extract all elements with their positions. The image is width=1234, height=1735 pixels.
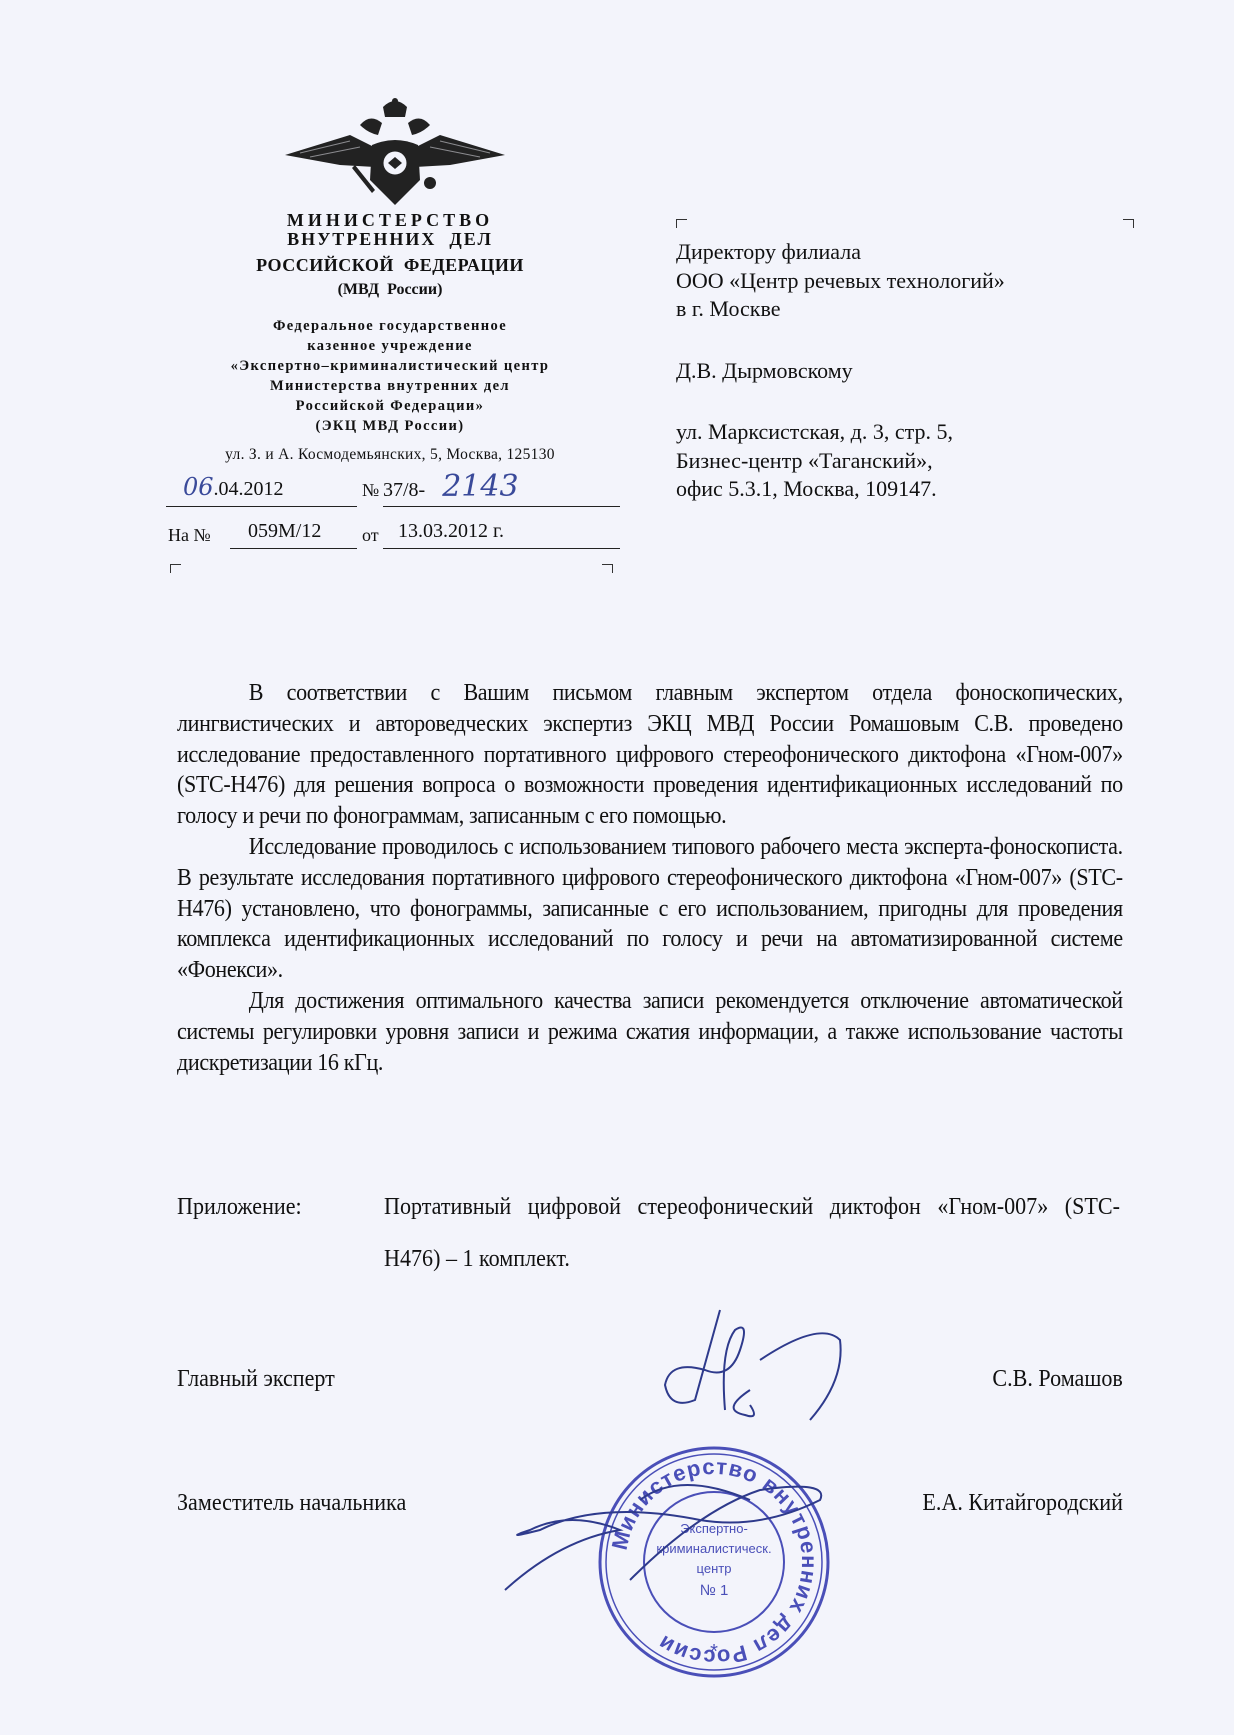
printed-number: 37/8- [383,479,425,501]
body-paragraph: В соответствии с Вашим письмом главным э… [177,678,1123,832]
date-underline [166,506,357,507]
organization-name: Федеральное государственное казенное учр… [150,316,630,436]
reply-number: 059М/12 [248,520,321,542]
org-line: Федеральное государственное [150,316,630,336]
number-underline [383,506,620,507]
reply-date-underline [383,548,620,549]
handwritten-day: 06 [183,473,214,501]
org-line: «Экспертно–криминалистический центр [150,356,630,376]
org-line: Министерства внутренних дел [150,376,630,396]
org-line: Российской Федерации» [150,396,630,416]
recipient-bracket-left [676,219,687,228]
signatory-name: С.В. Ромашов [993,1366,1123,1393]
recipient-address-line: Бизнес-центр «Таганский», [676,447,1005,476]
signatory-title: Главный эксперт [177,1366,335,1393]
recipient-address-line: ул. Марксистская, д. 3, стр. 5, [676,418,1005,447]
recipient-line: ООО «Центр речевых технологий» [676,267,1005,296]
ministry-abbreviation: (МВД России) [150,281,630,299]
outgoing-date: 06.04.2012 [183,476,284,500]
signature-row-chief-expert: Главный эксперт С.В. Ромашов [177,1366,1123,1396]
appendix-label: Приложение: [177,1194,302,1221]
handwritten-signature-deputy-icon [500,1460,840,1600]
corner-bracket-left [170,564,181,573]
reply-date: 13.03.2012 г. [398,520,504,542]
signatory-name: Е.А. Китайгородский [923,1490,1123,1517]
appendix-text: Портативный цифровой стереофонический ди… [384,1181,1120,1285]
reply-number-underline [230,548,357,549]
mvd-eagle-emblem-icon [280,95,510,210]
handwritten-number: 2143 [442,469,518,504]
recipient-block: Директору филиала ООО «Центр речевых тех… [676,238,1005,504]
signatory-title: Заместитель начальника [177,1490,406,1517]
ministry-name-line3: РОССИЙСКОЙ ФЕДЕРАЦИИ [150,256,630,275]
sender-address: ул. З. и А. Космодемьянских, 5, Москва, … [150,446,630,464]
printed-date: .04.2012 [214,478,284,500]
number-label: № [362,479,379,501]
spacer [676,324,1005,357]
recipient-line: в г. Москве [676,295,1005,324]
ministry-name-line1: МИНИСТЕРСТВО [150,211,630,230]
recipient-line: Директору филиала [676,238,1005,267]
reply-label: На № [168,524,211,546]
org-line: (ЭКЦ МВД России) [150,416,630,436]
reply-date-label: от [362,524,379,546]
recipient-address-line: офис 5.3.1, Москва, 109147. [676,475,1005,504]
body-paragraph: Исследование проводилось с использование… [177,832,1123,986]
letter-body: В соответствии с Вашим письмом главным э… [177,678,1123,1078]
corner-bracket-right [602,564,613,573]
spacer [676,385,1005,418]
svg-text:*: * [710,1641,718,1663]
outgoing-number: 37/8- 2143 [383,476,519,501]
body-paragraph: Для достижения оптимального качества зап… [177,986,1123,1078]
recipient-bracket-right [1123,219,1134,228]
org-line: казенное учреждение [150,336,630,356]
ministry-name-line2: ВНУТРЕННИХ ДЕЛ [150,230,630,249]
recipient-name: Д.В. Дырмовскому [676,357,1005,386]
handwritten-signature-icon [660,1300,910,1440]
